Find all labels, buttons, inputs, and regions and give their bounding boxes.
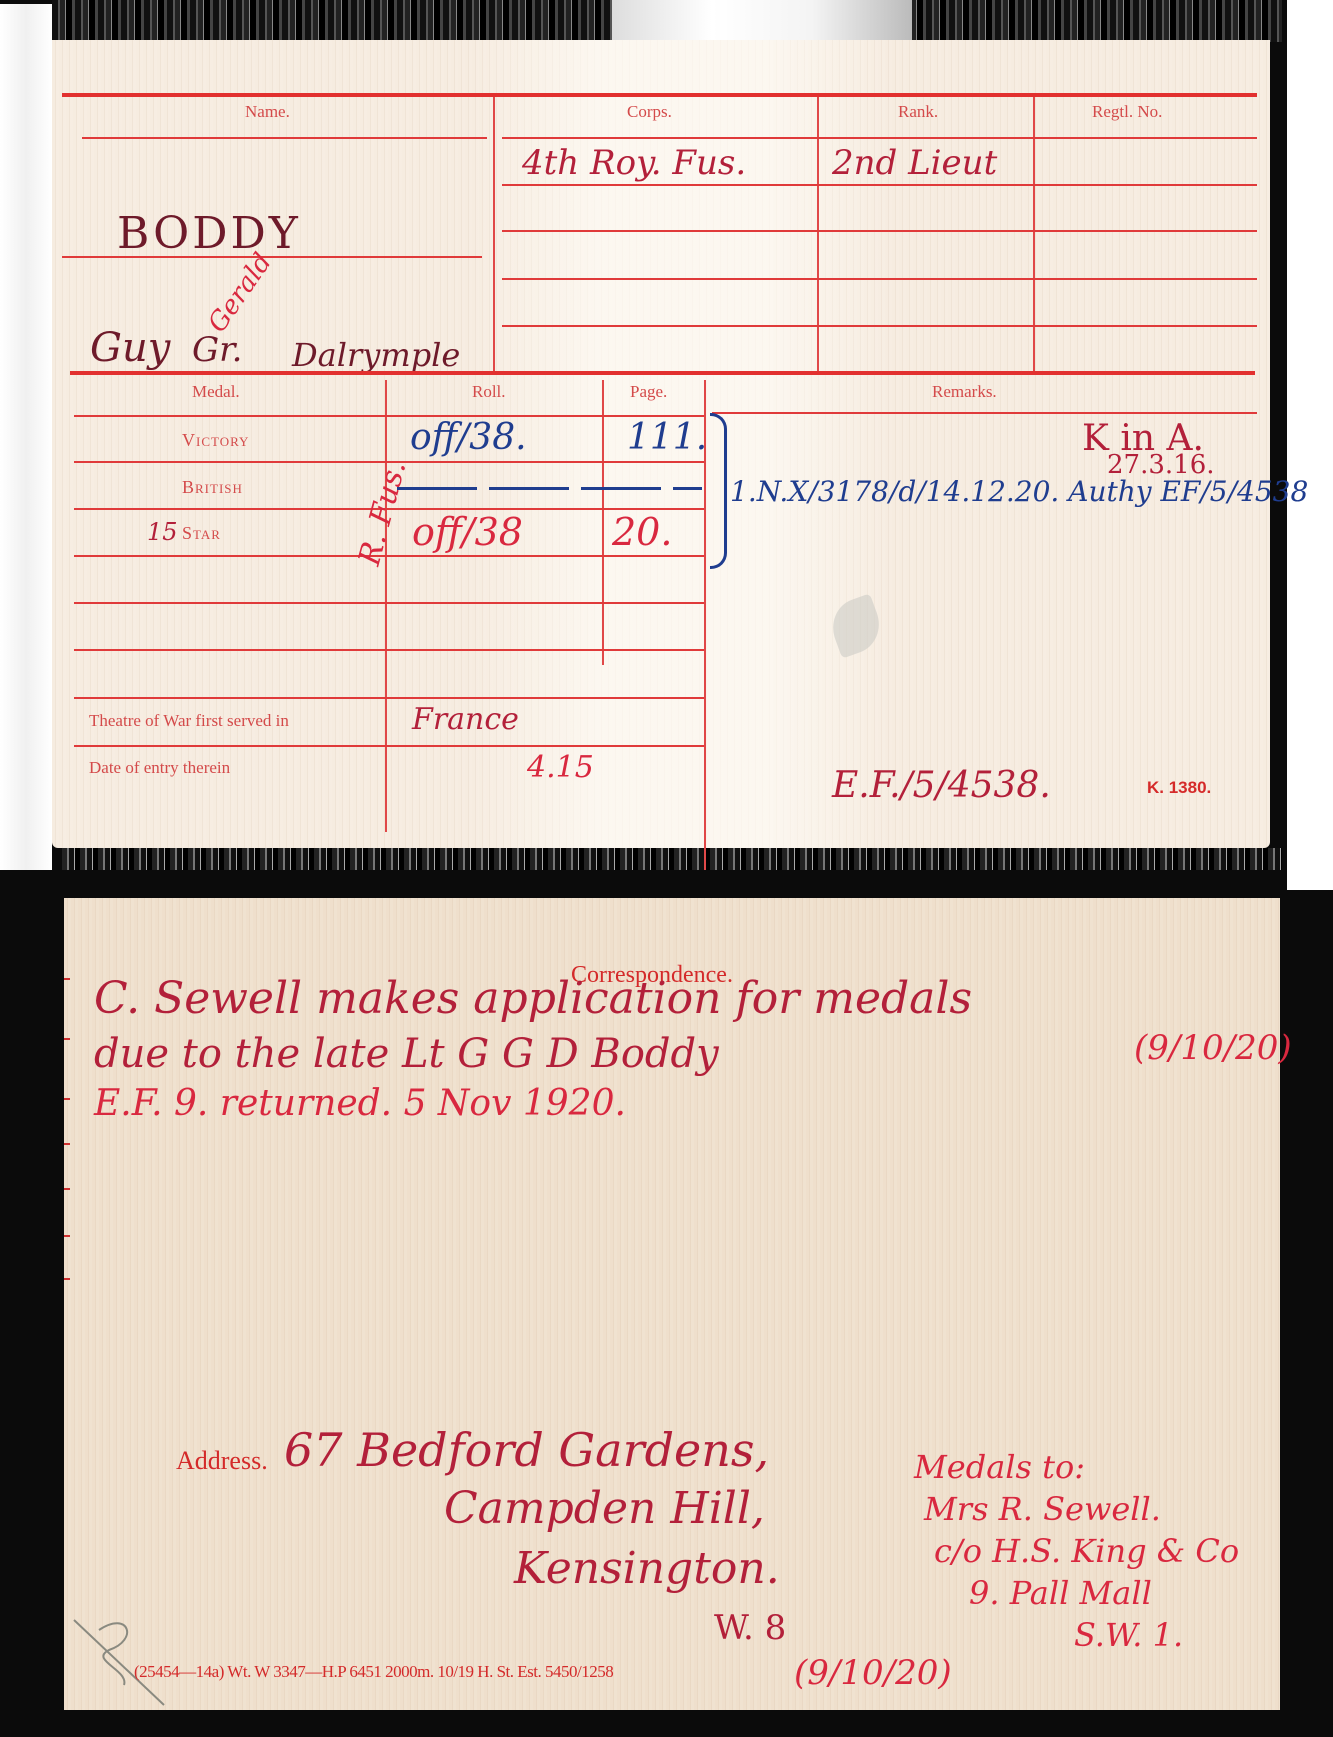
forename-middle-abbrev: Gr. <box>192 330 243 370</box>
medals-to-line-1: Medals to: <box>914 1448 1085 1486</box>
rule <box>502 184 1257 186</box>
correspondence-line-1: C. Sewell makes application for medals <box>94 973 972 1024</box>
rule <box>502 278 1257 280</box>
medals-to-line-2: Mrs R. Sewell. <box>924 1490 1161 1528</box>
correspondence-line-2: due to the late Lt G G D Boddy <box>94 1031 719 1077</box>
brace-icon <box>710 413 727 569</box>
roll-star: off/38 <box>412 510 523 554</box>
medals-to-line-4: 9. Pall Mall <box>969 1574 1152 1612</box>
rule <box>74 415 704 417</box>
pencil-mark-icon <box>69 1610 179 1710</box>
address-line-3: Kensington. <box>514 1543 780 1594</box>
corps-value: 4th Roy. Fus. <box>522 143 746 183</box>
theatre-label: Theatre of War first served in <box>89 711 289 731</box>
rule <box>712 412 1257 414</box>
scan-margin-right <box>1287 0 1333 890</box>
forename-last: Dalrymple <box>292 336 460 374</box>
rule <box>502 230 1257 232</box>
rank-value: 2nd Lieut <box>832 143 997 183</box>
address-line-2: Campden Hill, <box>444 1483 765 1534</box>
reference-number: E.F./5/4538. <box>832 765 1051 806</box>
header-name: Name. <box>245 102 290 122</box>
ditto-line-british <box>397 487 702 490</box>
scan-margin-left <box>0 4 52 870</box>
top-rule <box>62 93 1257 97</box>
divider-medal-roll <box>385 380 387 832</box>
remarks-authority: 1.N.X/3178/d/14.12.20. Authy EF/5/4538 <box>730 475 1308 508</box>
star-prefix: 15 <box>147 518 178 546</box>
date-label: Date of entry therein <box>89 758 230 778</box>
medals-to-line-3: c/o H.S. King & Co <box>934 1532 1239 1570</box>
header-remarks: Remarks. <box>932 382 997 402</box>
forename-middle-inserted: Gerald <box>202 248 278 338</box>
medal-star: Star <box>182 523 221 544</box>
divider-roll-page <box>602 380 604 665</box>
unit-annotation: R. Fus. <box>352 457 413 569</box>
header-page: Page. <box>630 382 667 402</box>
remarks-kia-date: 27.3.16. <box>1107 450 1215 480</box>
address-date: (9/10/20) <box>794 1653 952 1693</box>
correspondence-date: (9/10/20) <box>1134 1028 1292 1068</box>
form-number: K. 1380. <box>1147 778 1211 798</box>
medal-victory: Victory <box>182 430 249 451</box>
rule <box>82 137 487 139</box>
header-rank: Rank. <box>898 102 938 122</box>
correspondence-card: Correspondence. C. Sewell makes applicat… <box>64 898 1280 1710</box>
forename-first: Guy <box>90 325 170 371</box>
footer-print: (25454—14a) Wt. W 3347—H.P 6451 2000m. 1… <box>134 1662 613 1682</box>
rule <box>74 649 704 651</box>
rule <box>74 602 704 604</box>
page-star: 20. <box>612 510 672 554</box>
rule <box>74 745 704 747</box>
theatre-value: France <box>412 702 519 737</box>
address-label: Address. <box>176 1446 268 1476</box>
address-line-4: W. 8 <box>714 1608 786 1648</box>
scan-artifact-middle <box>62 848 1282 870</box>
rule <box>502 325 1257 327</box>
header-corps: Corps. <box>627 102 672 122</box>
scan-artifact-top <box>52 0 1282 42</box>
date-value: 4.15 <box>527 750 594 785</box>
header-roll: Roll. <box>472 382 506 402</box>
correspondence-line-3: E.F. 9. returned. 5 Nov 1920. <box>94 1083 626 1124</box>
divider-name-corps <box>493 97 495 373</box>
rule <box>74 697 704 699</box>
medal-british: British <box>182 477 243 498</box>
section-rule <box>70 371 1255 375</box>
medal-index-card: Name. Corps. Rank. Regtl. No. BODDY Guy … <box>52 40 1270 848</box>
roll-victory: off/38. <box>410 417 527 458</box>
medals-to-line-5: S.W. 1. <box>1074 1616 1183 1654</box>
header-medal: Medal. <box>192 382 240 402</box>
header-regtl-no: Regtl. No. <box>1092 102 1162 122</box>
address-line-1: 67 Bedford Gardens, <box>284 1423 769 1477</box>
page-victory: 111. <box>627 417 707 458</box>
rule <box>502 137 1257 139</box>
surname: BODDY <box>117 208 301 259</box>
